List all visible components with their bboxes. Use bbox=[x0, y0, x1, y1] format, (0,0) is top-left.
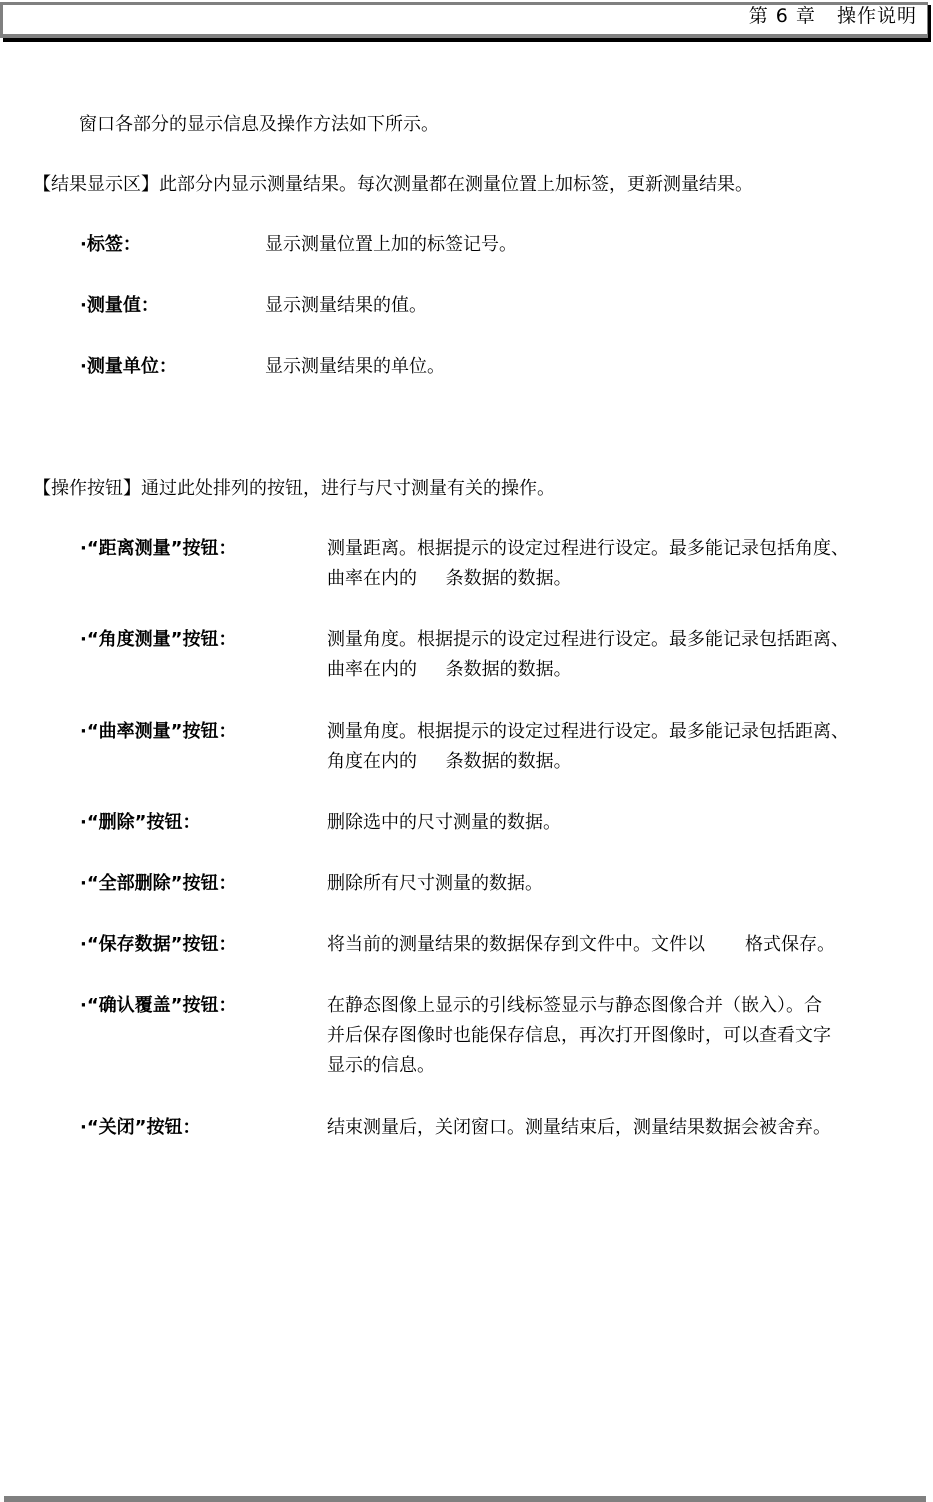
chapter-title: 第 6 章 操作说明 bbox=[749, 5, 917, 27]
item-label-confirm-overlay-button: ·“确认覆盖”按钮： bbox=[80, 996, 237, 1016]
item-desc-distance-line1: 测量距离。根据提示的设定过程进行设定。最多能记录包括角度、 bbox=[327, 539, 849, 559]
item-desc-confirm-overlay-line3: 显示的信息。 bbox=[327, 1056, 435, 1076]
item-desc-save-data: 将当前的测量结果的数据保存到文件中。文件以 格式保存。 bbox=[327, 935, 835, 955]
item-desc-tag: 显示测量位置上加的标签记号。 bbox=[265, 235, 517, 255]
item-label-close-button: ·“关闭”按钮： bbox=[80, 1118, 201, 1138]
item-label-unit: ·测量单位： bbox=[80, 357, 177, 377]
item-label-curvature-button: ·“曲率测量”按钮： bbox=[80, 722, 237, 742]
button-section-heading: 【操作按钮】通过此处排列的按钮，进行与尺寸测量有关的操作。 bbox=[33, 479, 555, 499]
footer-rule bbox=[4, 1496, 926, 1502]
item-desc-close: 结束测量后，关闭窗口。测量结束后，测量结果数据会被舍弃。 bbox=[327, 1118, 831, 1138]
item-desc-delete: 删除选中的尺寸测量的数据。 bbox=[327, 813, 561, 833]
item-desc-angle-line1: 测量角度。根据提示的设定过程进行设定。最多能记录包括距离、 bbox=[327, 630, 849, 650]
result-section-heading: 【结果显示区】此部分内显示测量结果。每次测量都在测量位置上加标签，更新测量结果。 bbox=[33, 175, 753, 195]
header-shadow bbox=[3, 38, 931, 42]
item-label-save-data-button: ·“保存数据”按钮： bbox=[80, 935, 237, 955]
item-desc-curvature-line1: 测量角度。根据提示的设定过程进行设定。最多能记录包括距离、 bbox=[327, 722, 849, 742]
item-label-delete-button: ·“删除”按钮： bbox=[80, 813, 201, 833]
item-desc-unit: 显示测量结果的单位。 bbox=[265, 357, 445, 377]
item-desc-confirm-overlay-line2: 并后保存图像时也能保存信息，再次打开图像时，可以查看文字 bbox=[327, 1026, 831, 1046]
item-desc-confirm-overlay-line1: 在静态图像上显示的引线标签显示与静态图像合并（嵌入）。合 bbox=[327, 996, 822, 1016]
header-shadow bbox=[928, 5, 931, 42]
item-label-value: ·测量值： bbox=[80, 296, 159, 316]
item-label-delete-all-button: ·“全部删除”按钮： bbox=[80, 874, 237, 894]
item-label-angle-button: ·“角度测量”按钮： bbox=[80, 630, 237, 650]
item-desc-curvature-line2: 角度在内的 条数据的数据。 bbox=[327, 752, 572, 772]
intro-text: 窗口各部分的显示信息及操作方法如下所示。 bbox=[79, 115, 439, 135]
item-desc-distance-line2: 曲率在内的 条数据的数据。 bbox=[327, 569, 572, 589]
item-desc-angle-line2: 曲率在内的 条数据的数据。 bbox=[327, 660, 572, 680]
item-label-tag: ·标签： bbox=[80, 235, 141, 255]
item-label-distance-button: ·“距离测量”按钮： bbox=[80, 539, 237, 559]
item-desc-value: 显示测量结果的值。 bbox=[265, 296, 427, 316]
item-desc-delete-all: 删除所有尺寸测量的数据。 bbox=[327, 874, 543, 894]
